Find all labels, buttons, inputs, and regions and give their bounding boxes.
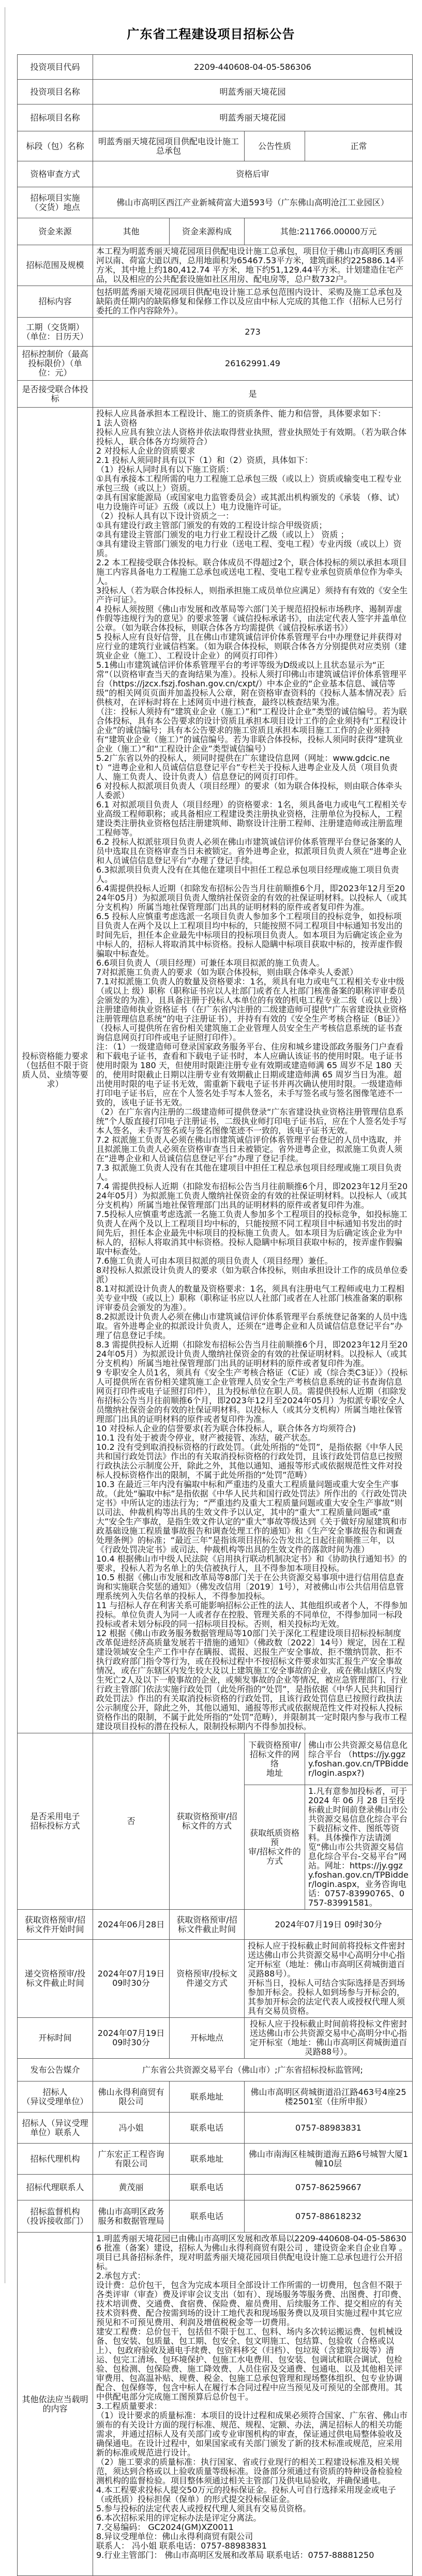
row-content: 招标内容 包括明蓝秀丽天境花园项目供配电设计施工总承包范围内设计、采购及施工总承…: [18, 286, 413, 318]
tender-name-value: 明蓝秀丽天境花园: [93, 104, 413, 131]
scope-label: 招标范围及规模: [18, 245, 93, 286]
tenderer-label: 招标人 （异议受理单位）: [18, 2081, 93, 2113]
row-scope: 招标范围及规模 本工程为明蓝秀丽天境花园项目供配电设计施工总承包，项目位于佛山市…: [18, 245, 413, 286]
tenderer-address-value: 佛山市高明区荷城街道沿江路463号4座25楼2501室（住所申报）: [245, 2081, 413, 2113]
download-url-label: 下载资格预审/ 招标文件的网络 地址: [245, 1733, 305, 1785]
obtain-end-label: 获取资格预审/招 标文件截止时间: [170, 1910, 245, 1940]
obtain-method-label: 获取资格预审/招 标文件的方式: [170, 1733, 245, 1910]
agency-phone-label: 联系电话: [170, 2175, 245, 2200]
row-other-content: 其他依法应当载明 的内容 1.明蓝秀丽天境花园已由佛山市高明区发展和改革局以22…: [18, 2233, 413, 2576]
row-tenderer-contact: 招标人（异议受理 单位）联系人 冯小姐 联系电话 0757-88983831: [18, 2113, 413, 2144]
investment-code-value: 2209-440608-04-05-586306: [93, 55, 413, 80]
bid-opening-time-label: 开标时间: [18, 2018, 93, 2059]
row-obtain-time: 获取资格预审/招 标文件开始时间 2024年06月28日 获取资格预审/招 标文…: [18, 1910, 413, 1940]
bid-opening-place-value: 投标人应于投标截止时间前将投标文件密封送达佛山市公共资源交易中心高明分中心指定开…: [245, 2018, 413, 2059]
notice-nature-label: 公告性质: [245, 131, 305, 161]
content-label: 招标内容: [18, 286, 93, 318]
submission-deadline-label: 递交资格预审/投 标文件截止时间: [18, 1940, 93, 2018]
tenderer-contact-label: 招标人（异议受理 单位）联系人: [18, 2113, 93, 2144]
investment-code-label: 投资项目代码: [18, 55, 93, 80]
paper-method-label: 获取纸质资格预 审/招标文件的 方式: [245, 1785, 305, 1910]
row-qualification-review: 资格审查方式 资格后审: [18, 161, 413, 187]
scope-value: 本工程为明蓝秀丽天境花园项目供配电设计施工总承包，项目位于佛山市高明区秀丽河以南…: [93, 245, 413, 286]
row-control-price: 招标控制价（最高 投标限价）（单 位：元） 26162991.49: [18, 347, 413, 381]
funding-source-label: 资金来源: [18, 218, 93, 245]
tenderer-address-label: 联系地址: [170, 2081, 245, 2113]
row-location: 招标项目实施 （交货）地点 佛山市高明区西江产业新城荷富大道593号（广东佛山高…: [18, 187, 413, 218]
qualification-requirements-label: 投标资格能力要求 （包括但不限于资 质人员、业绩等要 求）: [18, 408, 93, 1733]
tenderer-value: 佛山永得利商贸有 限公司: [93, 2081, 170, 2113]
obtain-start-label: 获取资格预审/招 标文件开始时间: [18, 1910, 93, 1940]
page-title: 广东省工程建设项目招标公告: [0, 0, 422, 54]
location-label: 招标项目实施 （交货）地点: [18, 187, 93, 218]
investment-name-value: 明蓝秀丽天境花园: [93, 80, 413, 104]
agency-phone-value: 0757-86259667: [245, 2175, 413, 2200]
tenderer-phone-label: 联系电话: [170, 2113, 245, 2144]
obtain-end-value: 2024年07月19日 09时30分: [245, 1910, 413, 1940]
funding-source-value: 其他: [93, 218, 170, 245]
row-consortium: 是否接受联合体投标 是: [18, 381, 413, 408]
tenderer-contact-value: 冯小姐: [93, 2113, 170, 2144]
agency-address-label: 联系地址: [170, 2144, 245, 2175]
supervisor-phone-value: 0757-88618232: [245, 2200, 413, 2233]
row-investment-name: 投资项目名称 明蓝秀丽天境花园: [18, 80, 413, 104]
qualification-review-value: 资格后审: [93, 161, 413, 187]
paper-method-value: 1.凡有意参加投标者，可于2024 年 06 月 28 日至投标截止时间前登录佛…: [305, 1785, 413, 1910]
ebidding-label: 是否采用电子 招标投标方式: [18, 1733, 93, 1910]
funding-composition-value: 其他:211766.00000万元: [245, 218, 413, 245]
duration-label: 工期（交货期） （单位：日历天）: [18, 318, 93, 347]
row-agency-contact: 招标代理联系人 黄茂丽 联系电话 0757-86259667: [18, 2175, 413, 2200]
media-value: 广东省公共资源交易平台（佛山市）;广东省招标投标监管网;: [93, 2059, 413, 2081]
control-price-label: 招标控制价（最高 投标限价）（单 位：元）: [18, 347, 93, 381]
agency-label: 招标代理机构: [18, 2144, 93, 2175]
row-tenderer: 招标人 （异议受理单位） 佛山永得利商贸有 限公司 联系地址 佛山市高明区荷城街…: [18, 2081, 413, 2113]
agency-contact-label: 招标代理联系人: [18, 2175, 93, 2200]
tenderer-phone-value: 0757-88983831: [245, 2113, 413, 2144]
media-label: 发布公告媒介: [18, 2059, 93, 2081]
submission-deadline-value: 2024年07月19日 09时30分: [93, 1940, 170, 2018]
duration-value: 273: [93, 318, 413, 347]
ebidding-value: 否: [93, 1733, 170, 1910]
submission-method-value: 投标人应于投标截止时间前将投标文件密封送达佛山市公共资源交易中心高明分中心指定开…: [245, 1940, 413, 2018]
row-investment-code: 投资项目代码 2209-440608-04-05-586306: [18, 55, 413, 80]
page-left-border: [4, 7, 6, 2283]
row-funding: 资金来源 其他 资金来源构成 其他:211766.00000万元: [18, 218, 413, 245]
bid-opening-place-label: 开标地点: [170, 2018, 245, 2059]
row-media: 发布公告媒介 广东省公共资源交易平台（佛山市）;广东省招标投标监管网;: [18, 2059, 413, 2081]
row-section-name: 标段（包）名称 明蓝秀丽天境花园项目供配电设计施工总承包 公告性质 正常: [18, 131, 413, 161]
bid-opening-time-value: 2024年07月19日 09时30分: [93, 2018, 170, 2059]
download-url-value: 佛山市公共资源交易信息化综合平台 （https://jy.ggzy.foshan…: [305, 1733, 413, 1785]
funding-composition-label: 资金来源构成: [170, 218, 245, 245]
agency-value: 广东宏正工程咨询 有限公司: [93, 2144, 170, 2175]
tender-announcement-table: 投资项目代码 2209-440608-04-05-586306 投资项目名称 明…: [17, 54, 413, 2576]
section-name-label: 标段（包）名称: [18, 131, 93, 161]
row-supervisor: 招标监督机构 （投诉接收部门） 佛山市高明区政务 服务和数据管理局 联系电话 0…: [18, 2200, 413, 2233]
tender-name-label: 招标项目名称: [18, 104, 93, 131]
announcement-page: 广东省工程建设项目招标公告 投资项目代码 2209-440608-04-05-5…: [0, 0, 422, 2576]
content-value: 包括明蓝秀丽天境花园项目供配电设计施工总承包范围内设计、采购及施工总承包及缺陷责…: [93, 286, 413, 318]
supervisor-phone-label: 联系电话: [170, 2200, 245, 2233]
submission-method-label: 资格预审/投标文 件递交方式: [170, 1940, 245, 2018]
agency-address-value: 佛山市南海区桂城街道海五路6号城智大厦1幢10层: [245, 2144, 413, 2175]
row-ebidding-download: 是否采用电子 招标投标方式 否 获取资格预审/招 标文件的方式 下载资格预审/ …: [18, 1733, 413, 1785]
obtain-start-value: 2024年06月28日: [93, 1910, 170, 1940]
other-content-value: 1.明蓝秀丽天境花园已由佛山市高明区发展和改革局以2209-440608-04-…: [93, 2233, 413, 2576]
row-bid-opening: 开标时间 2024年07月19日 09时30分 开标地点 投标人应于投标截止时间…: [18, 2018, 413, 2059]
qualification-requirements-value: 投标人应具备承担本工程设计、施工的资质条件、能力和信誉，具体要求如下： 1 法人…: [93, 408, 413, 1733]
control-price-value: 26162991.49: [93, 347, 413, 381]
row-submission: 递交资格预审/投 标文件截止时间 2024年07月19日 09时30分 资格预审…: [18, 1940, 413, 2018]
qualification-review-label: 资格审查方式: [18, 161, 93, 187]
row-qualification-requirements: 投标资格能力要求 （包括但不限于资 质人员、业绩等要 求） 投标人应具备承担本工…: [18, 408, 413, 1733]
investment-name-label: 投资项目名称: [18, 80, 93, 104]
row-tender-name: 招标项目名称 明蓝秀丽天境花园: [18, 104, 413, 131]
consortium-label: 是否接受联合体投标: [18, 381, 93, 408]
consortium-value: 是: [93, 381, 413, 408]
supervisor-label: 招标监督机构 （投诉接收部门）: [18, 2200, 93, 2233]
notice-nature-value: 正常: [305, 131, 413, 161]
supervisor-value: 佛山市高明区政务 服务和数据管理局: [93, 2200, 170, 2233]
row-duration: 工期（交货期） （单位：日历天） 273: [18, 318, 413, 347]
section-name-value: 明蓝秀丽天境花园项目供配电设计施工总承包: [93, 131, 245, 161]
location-value: 佛山市高明区西江产业新城荷富大道593号（广东佛山高明沧江工业园区）: [93, 187, 413, 218]
agency-contact-value: 黄茂丽: [93, 2175, 170, 2200]
other-content-label: 其他依法应当载明 的内容: [18, 2233, 93, 2576]
row-agency: 招标代理机构 广东宏正工程咨询 有限公司 联系地址 佛山市南海区桂城街道海五路6…: [18, 2144, 413, 2175]
